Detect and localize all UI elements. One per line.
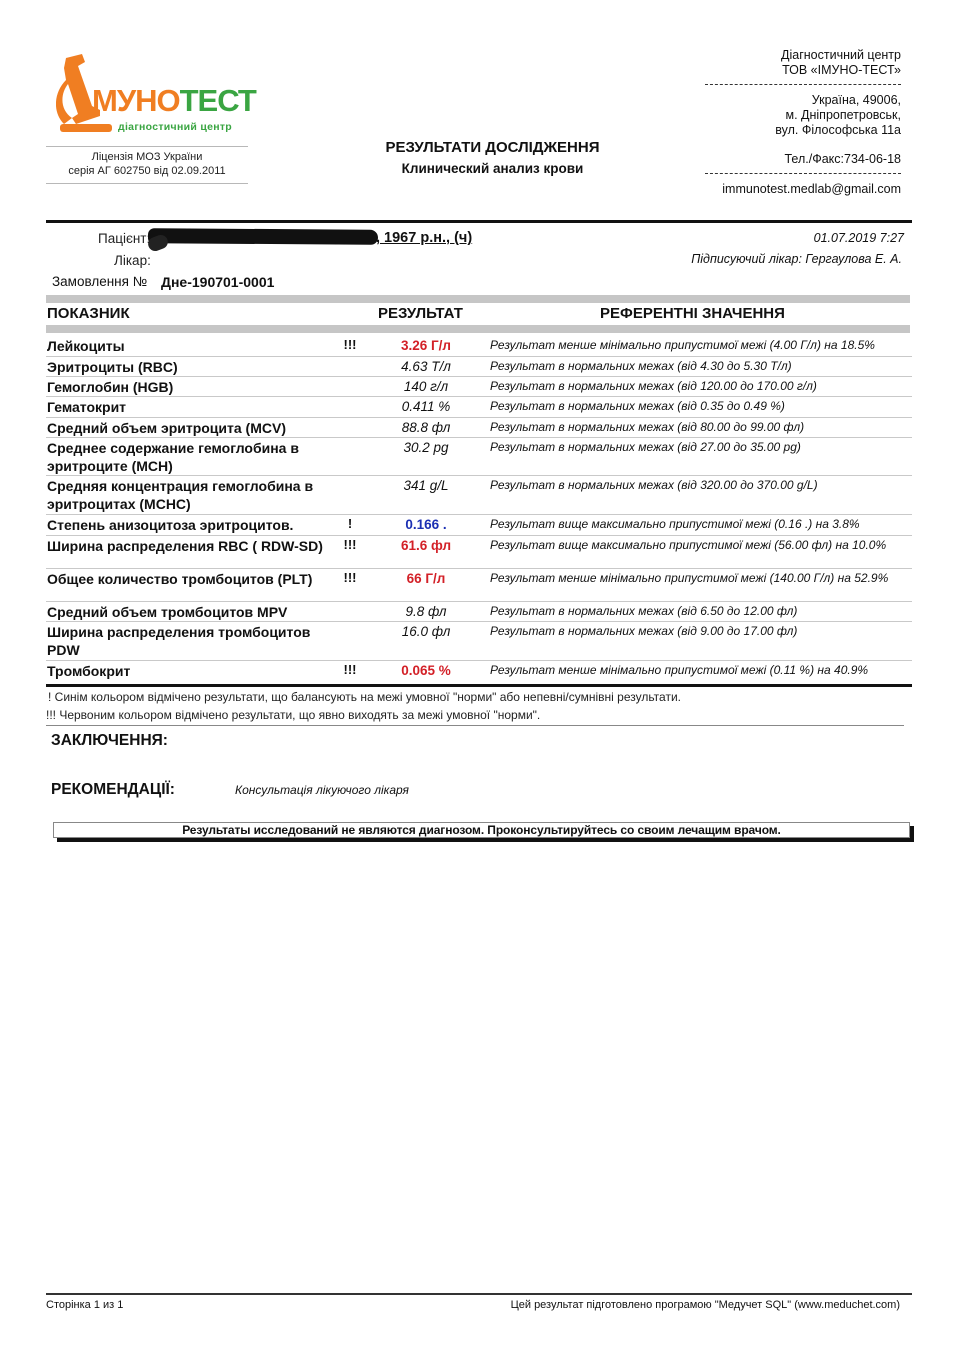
patient-label: Пацієнт:	[98, 231, 150, 246]
org-line-2: ТОВ «ІМУНО-ТЕСТ»	[781, 63, 901, 78]
table-row: Гематокрит0.411 %Результат в нормальних …	[46, 396, 912, 418]
disclaimer-box: Результаты исследований не являются диаг…	[53, 822, 910, 838]
address-line-1: Україна, 49006,	[775, 93, 901, 108]
dashed-divider	[705, 84, 901, 85]
disclaimer-text: Результаты исследований не являются диаг…	[54, 823, 909, 837]
indicator-name: Средний объем тромбоцитов MPV	[47, 603, 342, 621]
indicator-name: Эритроциты (RBC)	[47, 358, 342, 376]
indicator-name: Ширина распределения тромбоцитов PDW	[47, 623, 342, 659]
indicator-name: Средняя концентрация гемоглобина в эритр…	[47, 477, 342, 513]
phone: Тел./Факс:734-06-18	[785, 152, 902, 167]
table-row: Гемоглобин (HGB)140 г/лРезультат в норма…	[46, 376, 912, 397]
reference-text: Результат в нормальних межах (від 320.00…	[490, 478, 915, 492]
result-value: 4.63 Т/л	[376, 358, 476, 376]
email: immunotest.medlab@gmail.com	[722, 182, 901, 197]
table-row: Лейкоциты!!!3.26 Г/лРезультат менше міні…	[46, 335, 912, 357]
result-value: 0.065 %	[376, 662, 476, 680]
result-value: 88.8 фл	[376, 419, 476, 437]
recommendations-label: РЕКОМЕНДАЦІЇ:	[51, 781, 175, 799]
order-label: Замовлення №	[52, 274, 147, 289]
doctor-label: Лікар:	[114, 253, 151, 268]
result-value: 3.26 Г/л	[376, 337, 476, 355]
address-line-3: вул. Філософська 11а	[775, 123, 901, 138]
reference-text: Результат вище максимально припустимої м…	[490, 517, 915, 531]
abnormal-flag: !	[340, 516, 360, 531]
table-header-bar	[46, 295, 910, 303]
indicator-name: Тромбокрит	[47, 662, 342, 680]
table-row: Средний объем тромбоцитов MPV9.8 флРезул…	[46, 601, 912, 622]
redacted-patient-name	[148, 228, 378, 245]
column-header-indicator: ПОКАЗНИК	[47, 305, 130, 322]
order-number: Дне-190701-0001	[161, 274, 274, 290]
address: Україна, 49006, м. Дніпропетровськ, вул.…	[775, 93, 901, 138]
abnormal-flag: !!!	[340, 537, 360, 552]
reference-text: Результат в нормальних межах (від 9.00 д…	[490, 624, 915, 638]
indicator-name: Средний объем эритроцита (MCV)	[47, 419, 342, 437]
indicator-name: Гематокрит	[47, 398, 342, 416]
column-header-result: РЕЗУЛЬТАТ	[378, 305, 463, 322]
address-line-2: м. Дніпропетровськ,	[775, 108, 901, 123]
result-value: 66 Г/л	[376, 570, 476, 588]
abnormal-flag: !!!	[340, 570, 360, 585]
table-row: Тромбокрит!!!0.065 %Результат менше міні…	[46, 660, 912, 684]
license-line-1: Ліцензія МОЗ України	[46, 150, 248, 164]
org-name: Діагностичний центр ТОВ «ІМУНО-ТЕСТ»	[781, 48, 901, 78]
logo-word-green: ТЕСТ	[180, 83, 256, 118]
table-row: Ширина распределения RBC ( RDW-SD)!!!61.…	[46, 535, 912, 569]
result-value: 0.411 %	[376, 398, 476, 416]
result-value: 0.166 .	[376, 516, 476, 534]
indicator-name: Лейкоциты	[47, 337, 342, 355]
result-value: 341 g/L	[376, 477, 476, 495]
footer-rule	[46, 1293, 912, 1295]
logo-subtitle: діагностичний центр	[118, 121, 232, 133]
reference-text: Результат в нормальних межах (від 0.35 д…	[490, 399, 915, 413]
table-row: Эритроциты (RBC)4.63 Т/лРезультат в норм…	[46, 356, 912, 377]
abnormal-flag: !!!	[340, 337, 360, 352]
license-line-2: серія АГ 602750 від 02.09.2011	[46, 164, 248, 178]
logo-word-orange: МУНО	[92, 83, 180, 118]
reference-text: Результат в нормальних межах (від 27.00 …	[490, 440, 915, 454]
table-row: Средняя концентрация гемоглобина в эритр…	[46, 475, 912, 515]
logo-wordmark: МУНОТЕСТ	[92, 84, 256, 118]
result-value: 140 г/л	[376, 378, 476, 396]
reference-text: Результат вище максимально припустимої м…	[490, 538, 915, 552]
recommendations-value: Консультація лікуючого лікаря	[235, 783, 409, 797]
company-logo: МУНОТЕСТ діагностичний центр	[52, 52, 242, 140]
legend-red-note: !!! Червоним кольором відмічено результа…	[46, 708, 540, 722]
software-credit: Цей результат підготовлено програмою "Ме…	[511, 1299, 900, 1311]
patient-birth-info: , 1967 р.н., (ч)	[376, 230, 472, 246]
document-subtitle: Клинический анализ крови	[340, 161, 645, 176]
reference-text: Результат в нормальних межах (від 6.50 д…	[490, 604, 915, 618]
reference-text: Результат менше мінімально припустимої м…	[490, 338, 915, 352]
reference-text: Результат менше мінімально припустимої м…	[490, 663, 915, 677]
document-title: РЕЗУЛЬТАТИ ДОСЛІДЖЕННЯ	[340, 139, 645, 156]
dashed-divider	[705, 173, 901, 174]
indicator-name: Среднее содержание гемоглобина в эритроц…	[47, 439, 342, 475]
legend-blue-note: ! Синім кольором відмічено результати, щ…	[48, 690, 681, 704]
divider	[46, 146, 248, 147]
indicator-name: Гемоглобин (HGB)	[47, 378, 342, 396]
table-row: Степень анизоцитоза эритроцитов.!0.166 .…	[46, 514, 912, 536]
indicator-name: Общее количество тромбоцитов (PLT)	[47, 570, 342, 588]
page-number: Сторінка 1 из 1	[46, 1299, 123, 1311]
table-header-bar	[46, 325, 910, 333]
column-header-reference: РЕФЕРЕНТНІ ЗНАЧЕННЯ	[600, 305, 785, 322]
header-rule	[46, 220, 912, 223]
indicator-name: Степень анизоцитоза эритроцитов.	[47, 516, 342, 534]
conclusion-label: ЗАКЛЮЧЕННЯ:	[51, 732, 168, 750]
table-row: Общее количество тромбоцитов (PLT)!!!66 …	[46, 568, 912, 602]
org-line-1: Діагностичний центр	[781, 48, 901, 63]
table-row: Среднее содержание гемоглобина в эритроц…	[46, 437, 912, 476]
result-value: 16.0 фл	[376, 623, 476, 641]
license-info: Ліцензія МОЗ України серія АГ 602750 від…	[46, 150, 248, 178]
divider	[46, 725, 904, 726]
signing-doctor: Підписуючий лікар: Гергаулова Е. А.	[691, 252, 902, 266]
table-bottom-rule	[46, 684, 912, 687]
report-datetime: 01.07.2019 7:27	[814, 231, 904, 245]
reference-text: Результат в нормальних межах (від 120.00…	[490, 379, 915, 393]
reference-text: Результат в нормальних межах (від 4.30 д…	[490, 359, 915, 373]
indicator-name: Ширина распределения RBC ( RDW-SD)	[47, 537, 342, 555]
reference-text: Результат в нормальних межах (від 80.00 …	[490, 420, 915, 434]
table-row: Средний объем эритроцита (MCV)88.8 флРез…	[46, 417, 912, 438]
table-row: Ширина распределения тромбоцитов PDW16.0…	[46, 621, 912, 661]
abnormal-flag: !!!	[340, 662, 360, 677]
result-value: 30.2 pg	[376, 439, 476, 457]
result-value: 9.8 фл	[376, 603, 476, 621]
divider	[46, 183, 248, 184]
result-value: 61.6 фл	[376, 537, 476, 555]
reference-text: Результат менше мінімально припустимої м…	[490, 571, 915, 585]
